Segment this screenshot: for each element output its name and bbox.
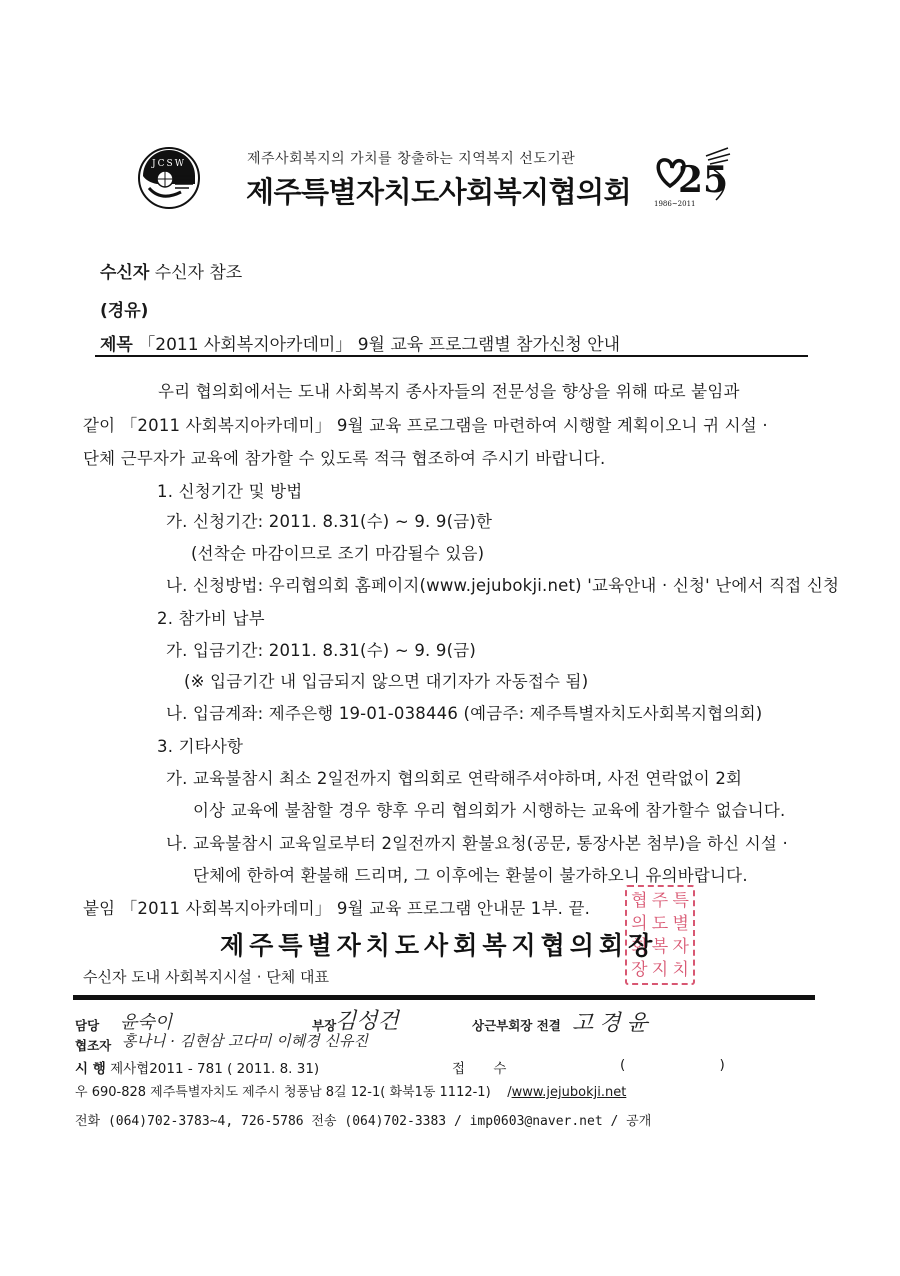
org-slogan: 제주사회복지의 가치를 창출하는 지역복지 선도기관 (247, 148, 575, 168)
recipient-line: 수신자 수신자 참조 (100, 258, 242, 283)
execution-line: 시 행 제사협2011 - 781 ( 2011. 8. 31) (75, 1057, 319, 1077)
receive-label: 접 수 (452, 1057, 518, 1077)
seal-char: 자 (670, 936, 691, 959)
section-2-title: 2. 참가비 납부 (157, 605, 265, 629)
via-label: (경유) (100, 296, 148, 321)
recipient-value: 수신자 참조 (155, 263, 243, 283)
issuer-name: 제주특별자치도사회복지협의회장 (220, 926, 657, 962)
intro-line-3: 단체 근무자가 교육에 참가할 수 있도록 적극 협조하여 주시기 바랍니다. (83, 445, 605, 469)
vp-approval-label: 상근부회장 전결 (472, 1016, 561, 1034)
execution-value: 제사협2011 - 781 ( 2011. 8. 31) (110, 1061, 319, 1077)
seal-char: 협 (629, 890, 650, 913)
website-link[interactable]: www.jejubokji.net (512, 1085, 627, 1100)
section-1-item-a-note: (선착순 마감이므로 조기 마감될수 있음) (191, 540, 484, 564)
svg-text:1986~2011: 1986~2011 (654, 200, 696, 208)
jcsw-logo-icon: JCSW (137, 146, 201, 210)
seal-char: 지 (650, 959, 671, 982)
address-line: 우 690-828 제주특별자치도 제주시 청풍남 8길 12-1( 화북1동 … (75, 1081, 626, 1100)
section-1-item-b: 나. 신청방법: 우리협의회 홈페이지(www.jejubokji.net) '… (166, 572, 839, 596)
section-2-item-a-note: (※ 입금기간 내 입금되지 않으면 대기자가 자동접수 됨) (184, 668, 588, 692)
contact-line: 전화 (064)702-3783~4, 726-5786 전송 (064)702… (75, 1110, 651, 1129)
execution-label: 시 행 (75, 1061, 106, 1077)
seal-char: 별 (670, 913, 691, 936)
section-3-item-b: 나. 교육불참시 교육일로부터 2일전까지 환불요청(공문, 통장사본 첨부)을… (166, 830, 788, 854)
recipients-list: 수신자 도내 사회복지시설 · 단체 대표 (83, 966, 329, 987)
section-1-title: 1. 신청기간 및 방법 (157, 478, 302, 502)
svg-text:JCSW: JCSW (151, 159, 186, 169)
section-1-item-a: 가. 신청기간: 2011. 8.31(수) ~ 9. 9(금)한 (166, 508, 492, 532)
subject-line: 제목 「2011 사회복지아카데미」 9월 교육 프로그램별 참가신청 안내 (100, 330, 620, 355)
receive-value: ( ) (620, 1057, 725, 1073)
section-3-item-a-cont: 이상 교육에 불참할 경우 향후 우리 협의회가 시행하는 교육에 참가할수 없… (193, 797, 785, 821)
seal-char: 주 (650, 890, 671, 913)
25th-anniversary-logo-icon: 25 1986~2011 (652, 146, 734, 210)
subject-value: 「2011 사회복지아카데미」 9월 교육 프로그램별 참가신청 안내 (138, 335, 620, 355)
section-3-item-a: 가. 교육불참시 최소 2일전까지 협의회로 연락해주셔야하며, 사전 연락없이… (166, 765, 742, 789)
subject-divider (95, 355, 808, 357)
section-3-title: 3. 기타사항 (157, 733, 243, 757)
footer-divider (73, 995, 815, 1000)
section-2-item-b: 나. 입금계좌: 제주은행 19-01-038446 (예금주: 제주특별자치도… (166, 700, 762, 724)
seal-char: 치 (670, 959, 691, 982)
intro-line-1: 우리 협의회에서는 도내 사회복지 종사자들의 전문성을 향상을 위해 따로 붙… (158, 378, 740, 402)
in-charge-label: 담당 (75, 1016, 99, 1034)
section-3-item-b-cont: 단체에 한하여 환불해 드리며, 그 이후에는 환불이 불가하오니 유의바랍니다… (193, 862, 748, 886)
seal-char: 특 (670, 890, 691, 913)
cooperator-signatures: 홍나니 · 김현삼 고다미 이혜경 신유진 (122, 1030, 368, 1051)
recipient-label: 수신자 (100, 263, 149, 283)
intro-line-2: 같이 「2011 사회복지아카데미」 9월 교육 프로그램을 마련하여 시행할 … (83, 412, 768, 436)
attachment-line: 붙임 「2011 사회복지아카데미」 9월 교육 프로그램 안내문 1부. 끝. (83, 895, 590, 919)
org-name-title: 제주특별자치도사회복지협의회 (246, 170, 631, 211)
seal-char: 장 (629, 959, 650, 982)
postal-address: 우 690-828 제주특별자치도 제주시 청풍남 8길 12-1( 화북1동 … (75, 1085, 491, 1100)
cooperator-label: 협조자 (75, 1036, 111, 1054)
section-2-item-a: 가. 입금기간: 2011. 8.31(수) ~ 9. 9(금) (166, 637, 476, 661)
vp-signature: 고경윤 (572, 1006, 654, 1037)
subject-label: 제목 (100, 335, 133, 355)
